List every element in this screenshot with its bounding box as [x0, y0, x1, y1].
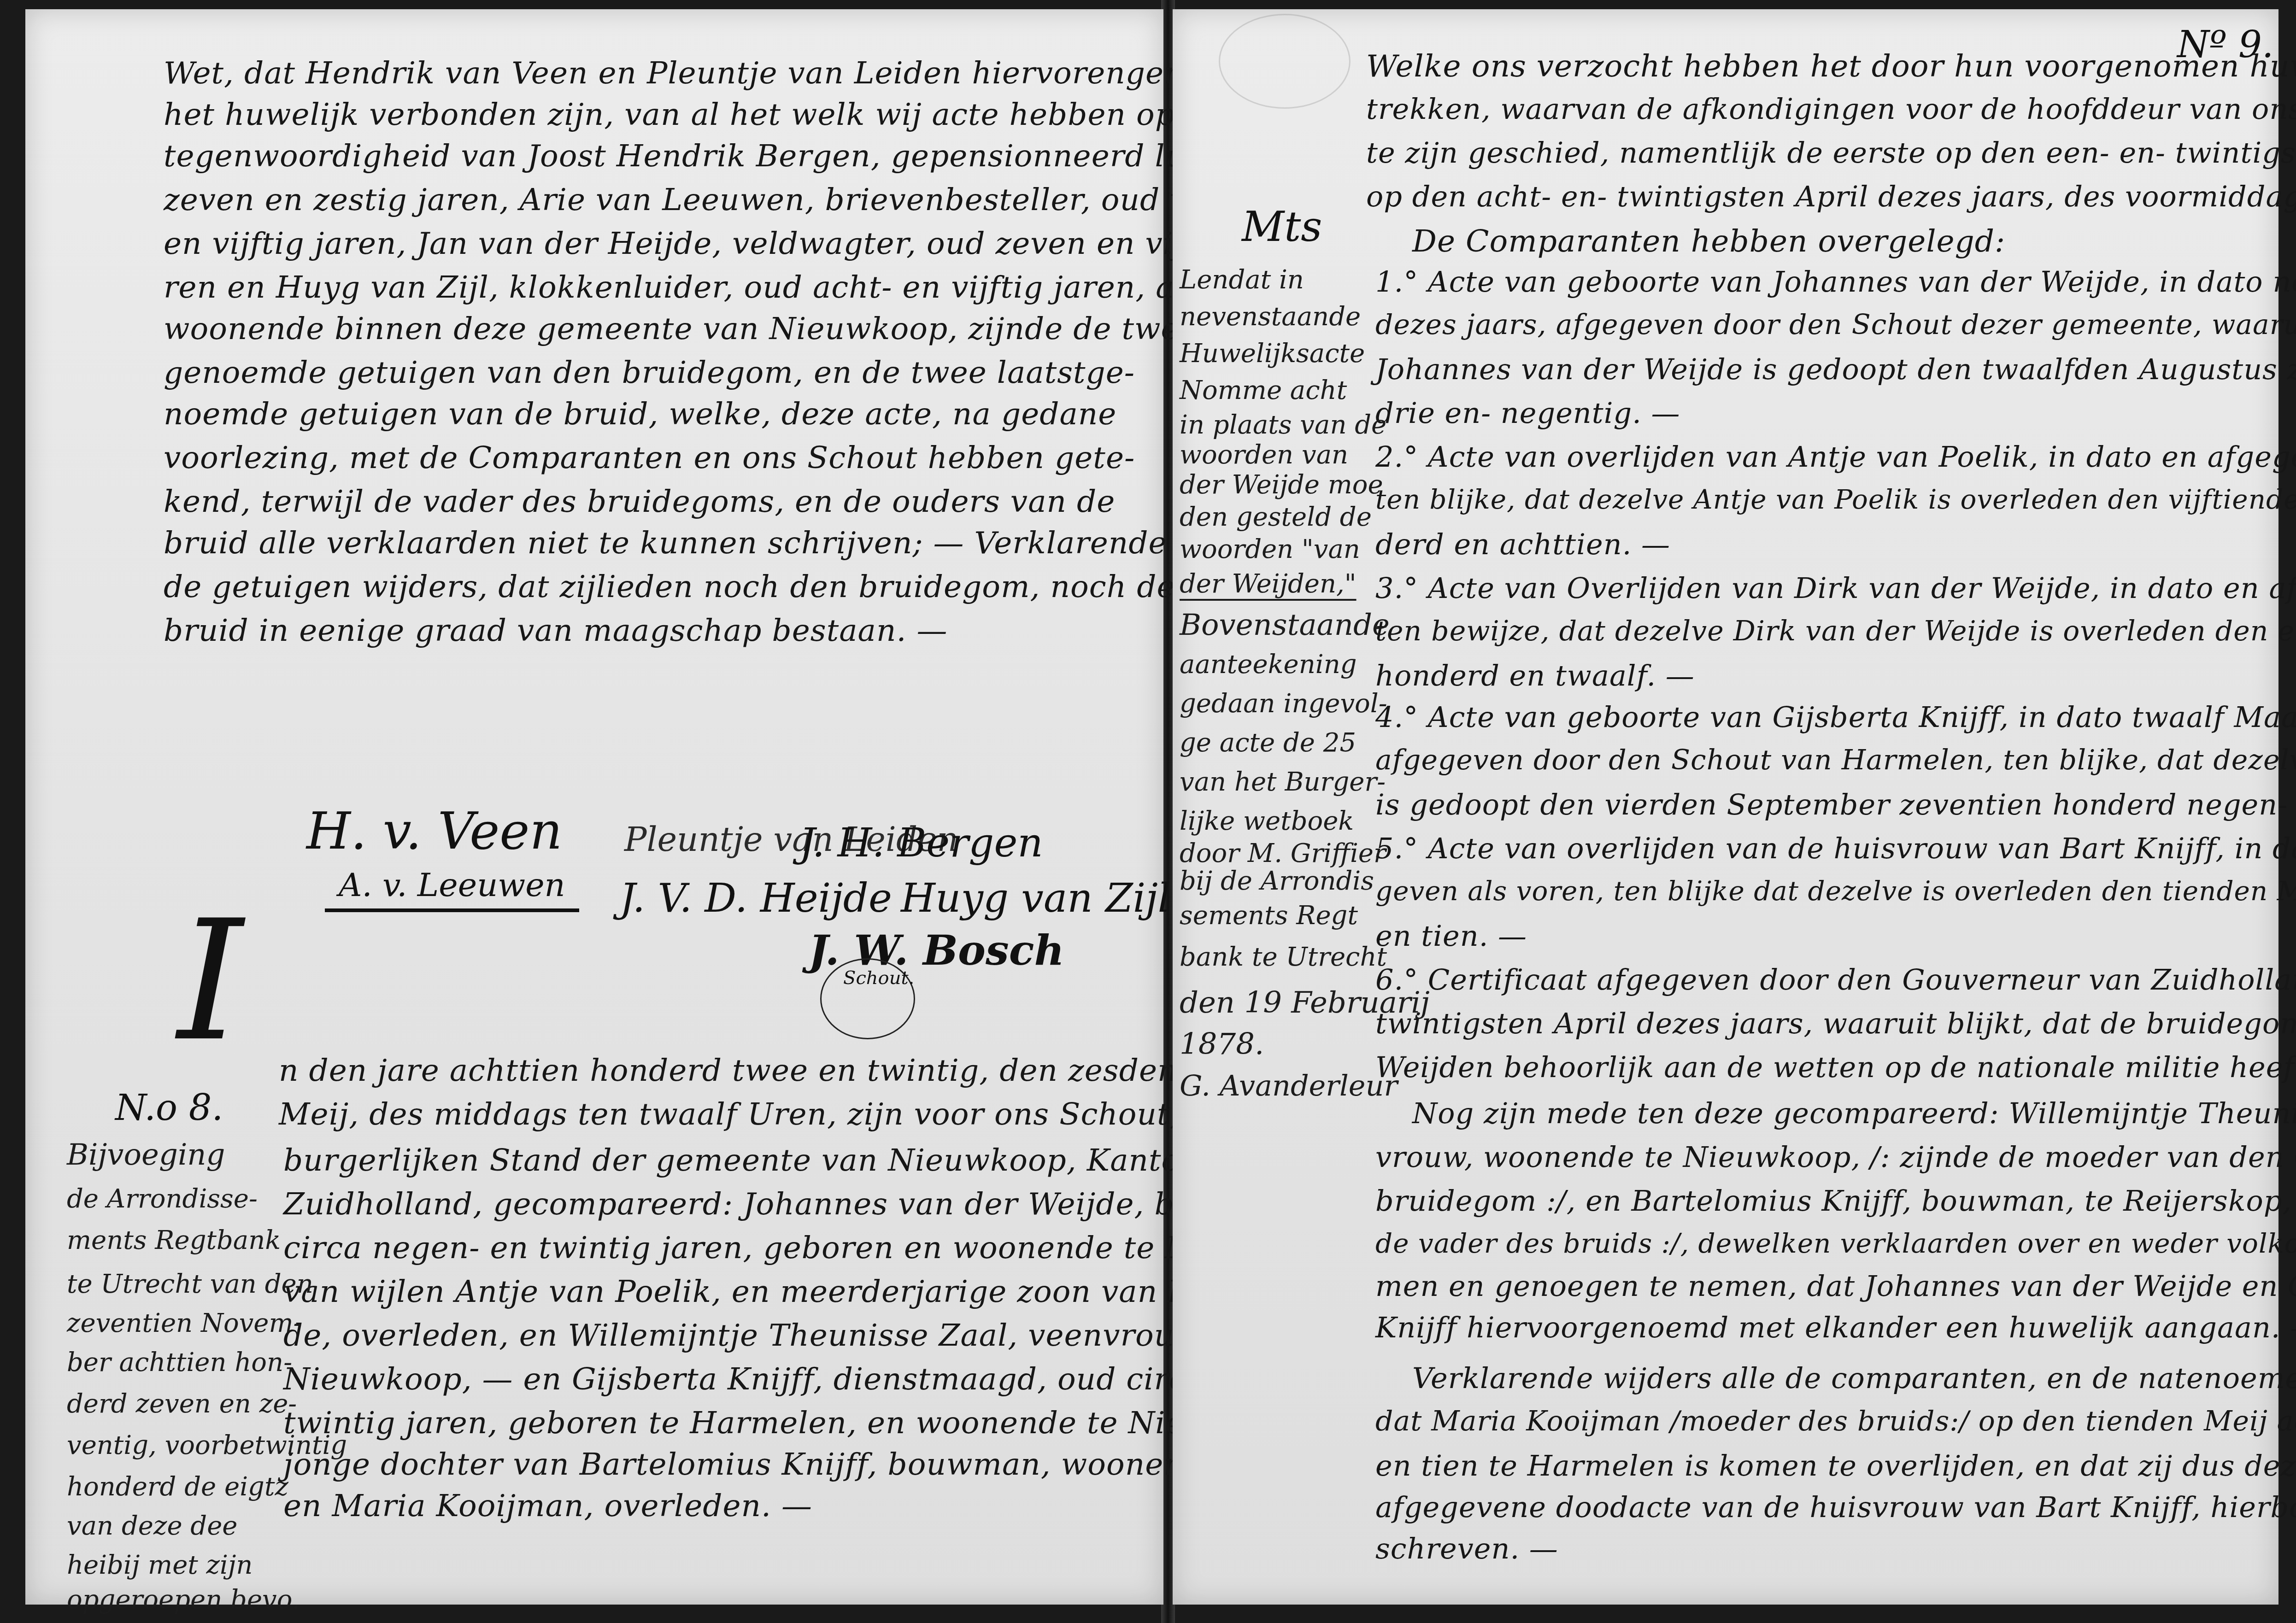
- text-line: dat Maria Kooijman /moeder des bruids:/ …: [1375, 1405, 2296, 1437]
- margin-note: lijke wetboek: [1180, 806, 1354, 836]
- text-line: genoemde getuigen van den bruidegom, en …: [164, 355, 1135, 390]
- margin-note: te Utrecht van den: [67, 1269, 313, 1299]
- margin-note: derd zeven en ze-: [67, 1389, 297, 1419]
- margin-note: door M. Griffier: [1180, 838, 1386, 868]
- margin-note: ge acte de 25: [1180, 728, 1356, 758]
- text-line: 4.° Acte van geboorte van Gijsberta Knij…: [1375, 700, 2296, 734]
- text-line: 2.° Acte van overlijden van Antje van Po…: [1375, 440, 2296, 474]
- margin-note: zeventien Novem-: [67, 1308, 302, 1338]
- act-number: N.o 8.: [115, 1087, 223, 1129]
- signature-title: Schout.: [843, 967, 914, 989]
- text-line: ten bewijze, dat dezelve Dirk van der We…: [1375, 615, 2296, 647]
- margin-note: in plaats van de: [1180, 410, 1386, 440]
- signature: Huyg van Zijl: [901, 875, 1170, 921]
- text-line: kend, terwijl de vader des bruidegoms, e…: [164, 484, 1115, 519]
- margin-note: de Arrondisse-: [67, 1184, 258, 1214]
- text-line: Weijden behoorlijk aan de wetten op de n…: [1375, 1050, 2296, 1084]
- text-line: 5.° Acte van overlijden van de huisvrouw…: [1375, 832, 2296, 865]
- signature: J. H. Bergen: [799, 820, 1043, 866]
- margin-note: opgeroepen bevo.: [67, 1585, 300, 1615]
- embossed-stamp: [1219, 14, 1351, 109]
- margin-note: van het Burger-: [1180, 767, 1386, 797]
- margin-note: ments Regtbank: [67, 1225, 281, 1255]
- text-line: bruid alle verklaarden niet te kunnen sc…: [164, 525, 1167, 561]
- margin-signature: G. Avanderleur: [1180, 1069, 1398, 1102]
- text-line: Johannes van der Weijde is gedoopt den t…: [1375, 352, 2296, 386]
- margin-note: der Weijden,": [1180, 569, 1356, 599]
- text-line: noemde getuigen van de bruid, welke, dez…: [164, 396, 1116, 432]
- margin-note: sements Regt: [1180, 901, 1358, 931]
- margin-note: nevenstaande: [1180, 302, 1361, 332]
- margin-note: den gesteld de: [1180, 502, 1372, 532]
- text-line: 3.° Acte van Overlijden van Dirk van der…: [1375, 571, 2296, 605]
- text-line: bruid in eenige graad van maagschap best…: [164, 613, 947, 648]
- text-line: en tien. —: [1375, 919, 1527, 953]
- margin-note: woorden "van: [1180, 534, 1360, 564]
- text-line: de vader des bruids :/, dewelken verklaa…: [1375, 1228, 2296, 1259]
- text-line: Welke ons verzocht hebben het door hun v…: [1366, 48, 2296, 84]
- text-line: bruidegom :/, en Bartelomius Knijff, bou…: [1375, 1184, 2296, 1218]
- margin-note: woorden van: [1180, 440, 1348, 470]
- margin-note: honderd de eigtz: [67, 1472, 288, 1502]
- text-line: te zijn geschied, namentlijk de eerste o…: [1366, 136, 2296, 170]
- text-line: zeven en zestig jaren, Arie van Leeuwen,…: [164, 182, 1231, 217]
- text-line: op den acht- en- twintigsten April dezes…: [1366, 180, 2296, 213]
- text-line: Verklarende wijders alle de comparanten,…: [1412, 1361, 2296, 1395]
- text-line: vrouw, woonende te Nieuwkoop, /: zijnde …: [1375, 1140, 2296, 1174]
- signature: A. v. Leeuwen: [325, 866, 579, 912]
- text-line: Knijff hiervoorgenoemd met elkander een …: [1375, 1311, 2296, 1344]
- text-line: 6.° Certificaat afgegeven door den Gouve…: [1375, 963, 2296, 996]
- text-line: en vijftig jaren, Jan van der Heijde, ve…: [164, 226, 1287, 261]
- text-line: Nieuwkoop, — en Gijsberta Knijff, dienst…: [283, 1361, 1327, 1397]
- decorative-initial: I: [177, 885, 243, 1078]
- text-line: en tien te Harmelen is komen te overlijd…: [1375, 1449, 2296, 1482]
- text-line: afgegevene doodacte van de huisvrouw van…: [1375, 1490, 2296, 1524]
- margin-note: Nomme acht: [1180, 375, 1347, 405]
- text-line: dezes jaars, afgegeven door den Schout d…: [1375, 309, 2296, 341]
- text-line: de getuigen wijders, dat zijlieden noch …: [164, 569, 1175, 604]
- margin-note: bank te Utrecht: [1180, 942, 1387, 972]
- text-line: ten blijke, dat dezelve Antje van Poelik…: [1375, 484, 2296, 515]
- signature: H. v. Veen: [306, 802, 562, 861]
- margin-note: 1878.: [1180, 1027, 1264, 1061]
- text-line: en Maria Kooijman, overleden. —: [283, 1488, 812, 1523]
- section-heading: De Comparanten hebben overgelegd:: [1412, 223, 2005, 259]
- margin-note: Lendat in: [1180, 265, 1304, 295]
- text-line: afgegeven door den Schout van Harmelen, …: [1375, 744, 2296, 776]
- text-line: is gedoopt den vierden September zeventi…: [1375, 788, 2296, 821]
- margin-mark: Mts: [1242, 203, 1322, 251]
- right-page: Nº 9. Welke ons verzocht hebben het door…: [1173, 9, 2278, 1605]
- text-line: woonende binnen deze gemeente van Nieuwk…: [164, 311, 1289, 346]
- text-line: derd en achttien. —: [1375, 527, 1670, 561]
- margin-note: bij de Arrondis: [1180, 866, 1374, 896]
- margin-note: ventig, voorbetwintig: [67, 1430, 347, 1460]
- margin-note: gedaan ingevol-: [1180, 689, 1387, 719]
- margin-note: heibij met zijn: [67, 1550, 253, 1580]
- text-line: drie en- negentig. —: [1375, 396, 1680, 430]
- text-line: men en genoegen te nemen, dat Johannes v…: [1375, 1269, 2296, 1303]
- margin-note: aanteekening: [1180, 650, 1357, 680]
- left-page: Wet, dat Hendrik van Veen en Pleuntje va…: [25, 9, 1163, 1605]
- margin-note: Bovenstaande: [1180, 608, 1390, 642]
- margin-note: van deze dee: [67, 1511, 237, 1541]
- margin-note: Bijvoeging: [67, 1138, 225, 1172]
- margin-note: ber achttien hon-: [67, 1348, 292, 1377]
- margin-note: Huwelijksacte: [1180, 339, 1365, 369]
- text-line: 1.° Acte van geboorte van Johannes van d…: [1375, 265, 2296, 299]
- text-line: trekken, waarvan de afkondigingen voor d…: [1366, 92, 2296, 126]
- margin-note: der Weijde moe: [1180, 470, 1383, 500]
- margin-note: den 19 Februarij: [1180, 986, 1430, 1020]
- text-line: voorlezing, met de Comparanten en ons Sc…: [164, 440, 1135, 475]
- text-line: twintigsten April dezes jaars, waaruit b…: [1375, 1007, 2296, 1040]
- signature: J. V. D. Heijde: [620, 875, 892, 921]
- text-line: geven als voren, ten blijke dat dezelve …: [1375, 875, 2296, 907]
- text-line: schreven. —: [1375, 1532, 1558, 1565]
- text-line: Nog zijn mede ten deze gecompareerd: Wil…: [1412, 1096, 2296, 1130]
- text-line: honderd en twaalf. —: [1375, 659, 1695, 692]
- text-line: ren en Huyg van Zijl, klokkenluider, oud…: [164, 270, 1213, 305]
